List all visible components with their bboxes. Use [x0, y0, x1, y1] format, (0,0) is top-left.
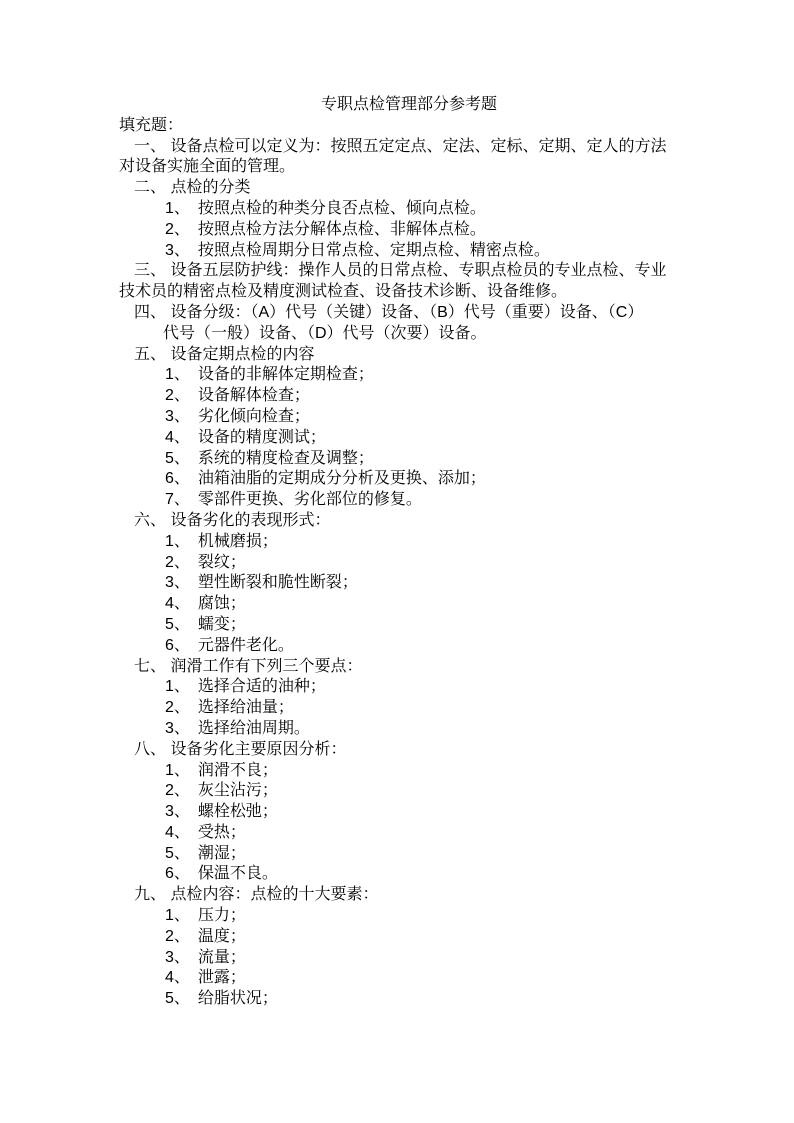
document-line: 2、 按照点检方法分解体点检、非解体点检。	[119, 220, 714, 241]
document-line: 九、 点检内容：点检的十大要素：	[119, 885, 714, 906]
document-line: 5、 潮湿；	[119, 844, 714, 865]
document-line: 3、 选择给油周期。	[119, 719, 714, 740]
document-line: 3、 塑性断裂和脆性断裂；	[119, 573, 714, 594]
document-line: 4、 受热；	[119, 823, 714, 844]
document-line: 6、 元器件老化。	[119, 636, 714, 657]
document-line: 2、 选择给油量；	[119, 698, 714, 719]
document-line: 2、 灰尘沾污；	[119, 781, 714, 802]
document-line: 代号（一般）设备、（D）代号（次要）设备。	[119, 324, 714, 345]
document-line: 七、 润滑工作有下列三个要点：	[119, 657, 714, 678]
document-line: 三、 设备五层防护线：操作人员的日常点检、专职点检员的专业点检、专业	[119, 261, 714, 282]
document-line: 1、 选择合适的油种；	[119, 677, 714, 698]
document-line: 对设备实施全面的管理。	[119, 157, 714, 178]
document-line: 2、 裂纹；	[119, 553, 714, 574]
document-line: 3、 按照点检周期分日常点检、定期点检、精密点检。	[119, 241, 714, 262]
document-line: 6、 油箱油脂的定期成分分析及更换、添加；	[119, 469, 714, 490]
document-line: 5、 蠕变；	[119, 615, 714, 636]
document-line: 3、 流量；	[119, 948, 714, 969]
document-line: 3、 劣化倾向检查；	[119, 407, 714, 428]
document-line: 5、 系统的精度检查及调整；	[119, 449, 714, 470]
document-line: 二、 点检的分类	[119, 178, 714, 199]
document-title: 专职点检管理部分参考题	[119, 95, 699, 116]
document-line: 五、 设备定期点检的内容	[119, 345, 714, 366]
document-line: 3、 螺栓松弛；	[119, 802, 714, 823]
document-line: 一、 设备点检可以定义为：按照五定定点、定法、定标、定期、定人的方法	[119, 137, 714, 158]
document-line: 技术员的精密点检及精度测试检查、设备技术诊断、设备维修。	[119, 282, 714, 303]
document-line: 六、 设备劣化的表现形式：	[119, 511, 714, 532]
document-line: 4、 泄露；	[119, 968, 714, 989]
document-line: 7、 零部件更换、劣化部位的修复。	[119, 490, 714, 511]
document-page: 专职点检管理部分参考题 填充题：一、 设备点检可以定义为：按照五定定点、定法、定…	[0, 0, 794, 1123]
document-line: 1、 润滑不良；	[119, 761, 714, 782]
document-line: 4、 设备的精度测试；	[119, 428, 714, 449]
document-body: 填充题：一、 设备点检可以定义为：按照五定定点、定法、定标、定期、定人的方法对设…	[119, 116, 714, 1010]
document-line: 2、 设备解体检查；	[119, 386, 714, 407]
document-line: 1、 机械磨损；	[119, 532, 714, 553]
document-line: 6、 保温不良。	[119, 864, 714, 885]
document-line: 1、 压力；	[119, 906, 714, 927]
document-content: 专职点检管理部分参考题 填充题：一、 设备点检可以定义为：按照五定定点、定法、定…	[0, 0, 794, 1010]
document-line: 4、 腐蚀；	[119, 594, 714, 615]
document-line: 1、 按照点检的种类分良否点检、倾向点检。	[119, 199, 714, 220]
document-line: 八、 设备劣化主要原因分析：	[119, 740, 714, 761]
document-line: 四、 设备分级：（A）代号（关键）设备、（B）代号（重要）设备、（C）	[119, 303, 714, 324]
document-line: 2、 温度；	[119, 927, 714, 948]
document-line: 5、 给脂状况；	[119, 989, 714, 1010]
document-line: 填充题：	[119, 116, 714, 137]
document-line: 1、 设备的非解体定期检查；	[119, 365, 714, 386]
